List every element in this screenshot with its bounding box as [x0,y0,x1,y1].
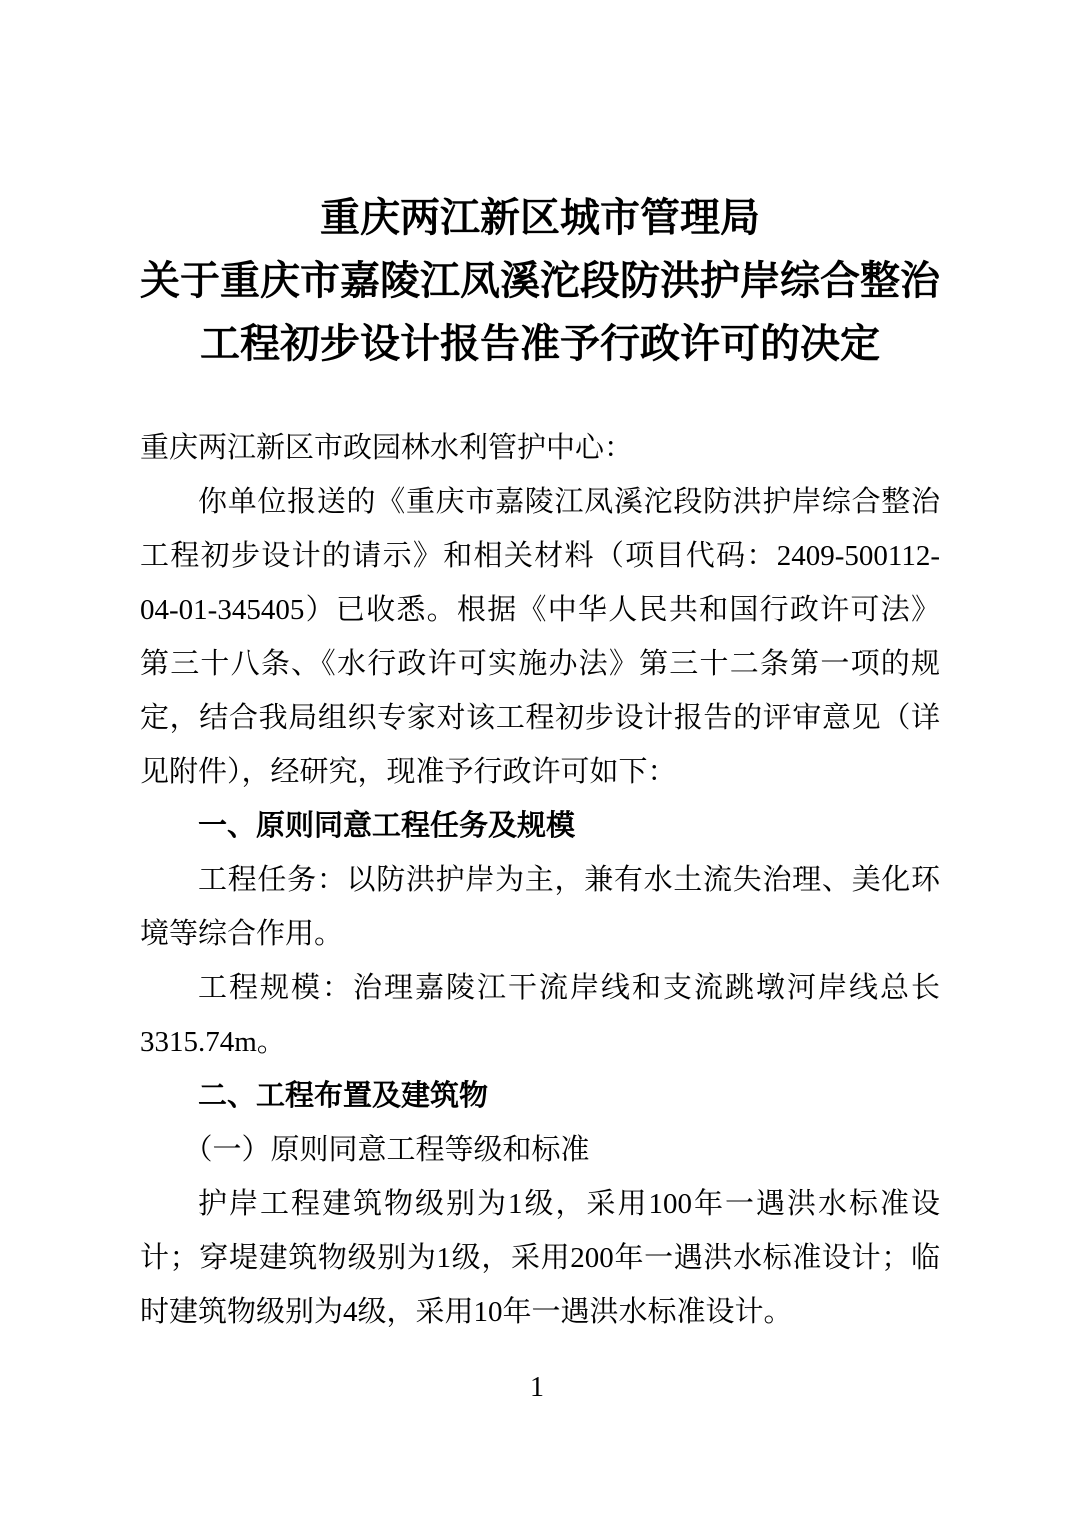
document-subject-title: 关于重庆市嘉陵江凤溪沱段防洪护岸综合整治工程初步设计报告准予行政许可的决定 [140,249,940,375]
page-number: 1 [530,1372,544,1403]
document-content: 重庆两江新区城市管理局 关于重庆市嘉陵江凤溪沱段防洪护岸综合整治工程初步设计报告… [140,186,940,1339]
paragraph-intro: 你单位报送的《重庆市嘉陵江凤溪沱段防洪护岸综合整治工程初步设计的请示》和相关材料… [140,475,940,799]
document-page: 重庆两江新区城市管理局 关于重庆市嘉陵江凤溪沱段防洪护岸综合整治工程初步设计报告… [0,0,1074,1520]
paragraph-project-scale: 工程规模：治理嘉陵江干流岸线和支流跳墩河岸线总长3315.74m。 [140,961,940,1069]
subsection-heading-1: （一）原则同意工程等级和标准 [140,1123,940,1177]
section-heading-2: 二、工程布置及建筑物 [140,1069,940,1123]
document-title: 重庆两江新区城市管理局 关于重庆市嘉陵江凤溪沱段防洪护岸综合整治工程初步设计报告… [140,186,940,375]
salutation: 重庆两江新区市政园林水利管护中心： [140,421,940,475]
paragraph-design-standards: 护岸工程建筑物级别为1级，采用100年一遇洪水标准设计；穿堤建筑物级别为1级，采… [140,1177,940,1339]
page-footer: 1 [0,1368,1074,1408]
section-heading-1: 一、原则同意工程任务及规模 [140,799,940,853]
issuing-agency-title: 重庆两江新区城市管理局 [140,186,940,249]
document-body: 重庆两江新区市政园林水利管护中心： 你单位报送的《重庆市嘉陵江凤溪沱段防洪护岸综… [140,421,940,1339]
paragraph-project-task: 工程任务：以防洪护岸为主，兼有水土流失治理、美化环境等综合作用。 [140,853,940,961]
